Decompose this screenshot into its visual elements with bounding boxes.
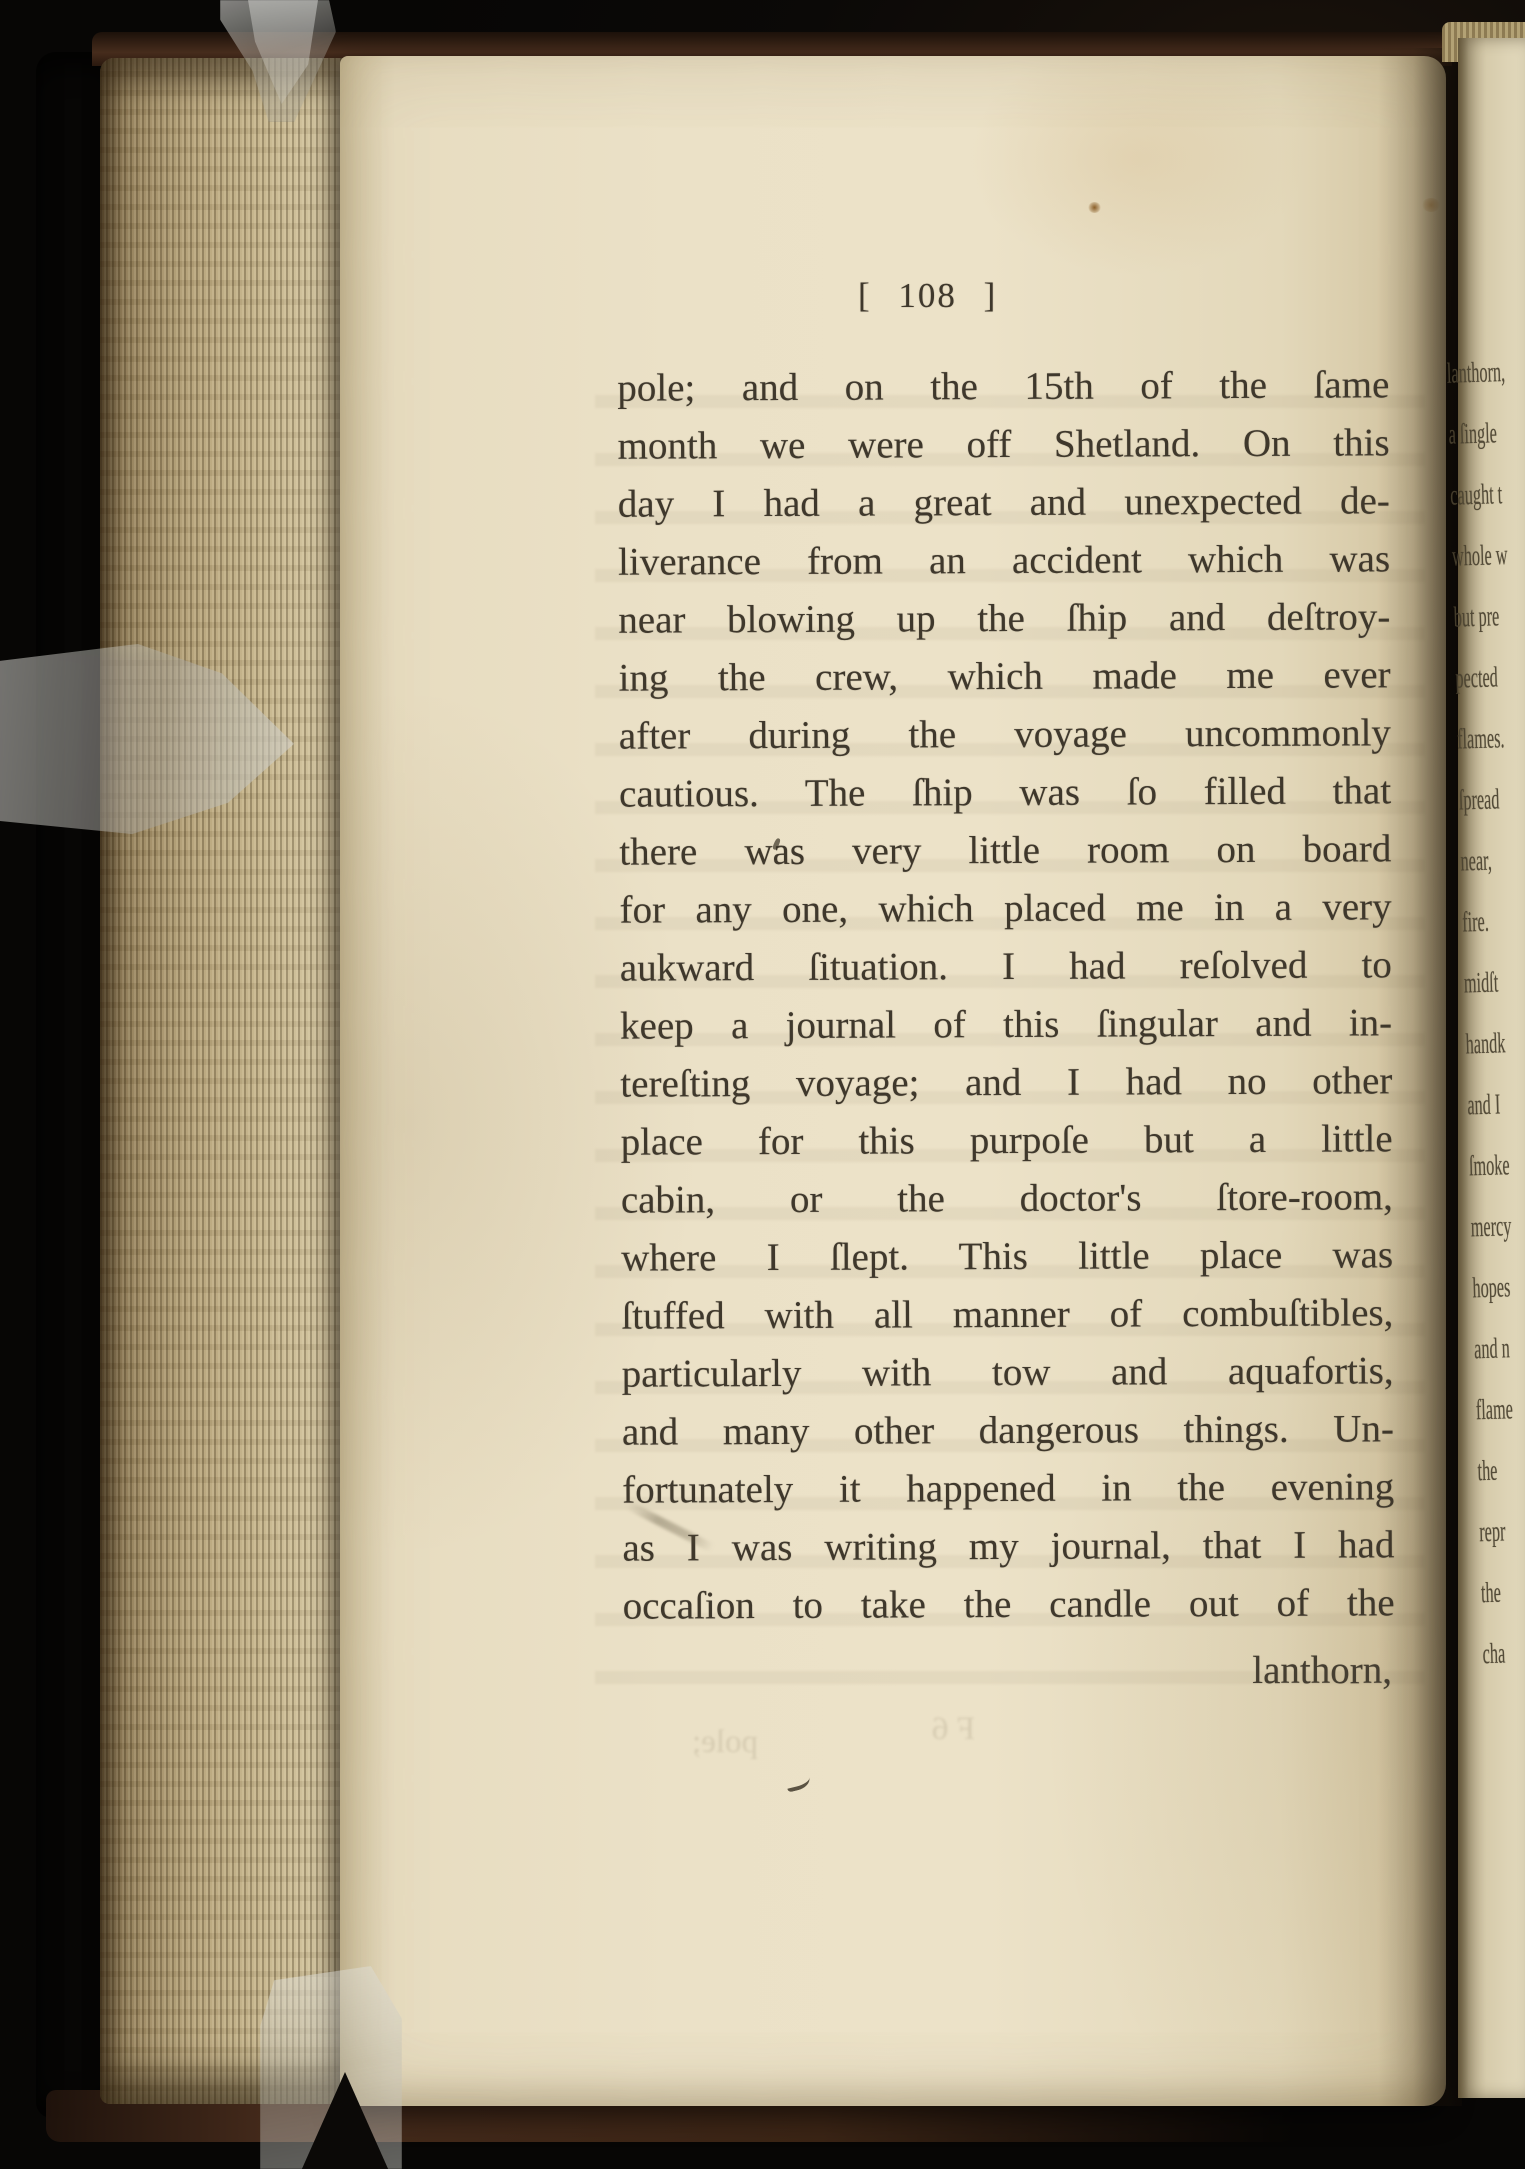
show-through-signature-mark: F 6 bbox=[932, 1711, 975, 1748]
facing-page-text-fragment: hopes bbox=[1472, 1265, 1525, 1328]
text-line: occaſion to take the candle out of the bbox=[623, 1574, 1395, 1635]
text-line: after during the voyage uncommonly bbox=[619, 704, 1391, 765]
catchword: lanthorn, bbox=[620, 1648, 1392, 1693]
text-line: place for this purpoſe but a little bbox=[621, 1110, 1393, 1171]
ink-flourish-mark bbox=[784, 1771, 811, 1792]
text-line: there was very little room on board bbox=[619, 820, 1391, 881]
text-line: cautious. The ſhip was ſo filled that bbox=[619, 762, 1391, 823]
show-through-catchword: pole; bbox=[692, 1724, 758, 1761]
book-cover-left-board bbox=[36, 52, 110, 2118]
facing-page-text-fragment: and n bbox=[1474, 1326, 1525, 1389]
facing-page-text-fragment: lanthorn, bbox=[1446, 350, 1506, 413]
facing-page-text-column: lanthorn,a ſinglecaught twhole wbut prep… bbox=[1446, 349, 1525, 1693]
facing-page-text-fragment: but pre bbox=[1453, 594, 1513, 657]
facing-page-text-fragment: the bbox=[1480, 1570, 1525, 1633]
text-line: for any one, which placed me in a very bbox=[619, 878, 1391, 939]
text-line: ing the crew, which made me ever bbox=[618, 646, 1390, 707]
text-line: ſtuffed with all manner of combuſtibles, bbox=[621, 1284, 1393, 1345]
facing-page-text-fragment: whole w bbox=[1451, 533, 1511, 596]
facing-page-text-fragment: the bbox=[1477, 1448, 1525, 1511]
facing-page-text-fragment: near, bbox=[1460, 838, 1520, 901]
text-line: tereſting voyage; and I had no other bbox=[620, 1052, 1392, 1113]
text-line: fortunately it happened in the evening bbox=[622, 1458, 1394, 1519]
facing-page-text-fragment: ſpread bbox=[1458, 777, 1518, 840]
text-line: near blowing up the ſhip and deſtroy- bbox=[618, 588, 1390, 649]
facing-page-text-fragment: flame bbox=[1475, 1387, 1525, 1450]
text-line: as I was writing my journal, that I had bbox=[622, 1516, 1394, 1577]
page-number: [ 108 ] bbox=[858, 276, 1218, 316]
facing-page-text-fragment: ſmoke bbox=[1468, 1143, 1525, 1206]
text-line: month we were off Shetland. On this bbox=[617, 414, 1389, 475]
facing-page-text-fragment: handk bbox=[1465, 1021, 1525, 1084]
book-photograph: [ 108 ] pole; and on the 15th of the ſam… bbox=[0, 0, 1525, 2169]
text-line: aukward ſituation. I had reſolved to bbox=[620, 936, 1392, 997]
text-line: liverance from an accident which was bbox=[618, 530, 1390, 591]
facing-page-text-fragment: midſt bbox=[1463, 960, 1523, 1023]
text-line: pole; and on the 15th of the ſame bbox=[617, 356, 1389, 417]
facing-page-text-fragment: and I bbox=[1467, 1082, 1525, 1145]
text-line: keep a journal of this ſingular and in- bbox=[620, 994, 1392, 1055]
stacked-page-edges bbox=[100, 58, 346, 2104]
text-line: where I ſlept. This little place was bbox=[621, 1226, 1393, 1287]
facing-page-text-fragment: pected bbox=[1455, 655, 1515, 718]
facing-page-text-fragment: cha bbox=[1482, 1631, 1525, 1694]
facing-page-text-fragment: a ſingle bbox=[1448, 411, 1508, 474]
main-text-block: pole; and on the 15th of the ſamemonth w… bbox=[617, 356, 1395, 1635]
facing-page-text-fragment: repr bbox=[1479, 1509, 1525, 1572]
foxing-spot bbox=[1088, 202, 1101, 213]
facing-page-text-fragment: flames. bbox=[1457, 716, 1517, 779]
text-line: and many other dangerous things. Un- bbox=[622, 1400, 1394, 1461]
facing-page-text-fragment: fire. bbox=[1462, 899, 1522, 962]
facing-page-strip: lanthorn,a ſinglecaught twhole wbut prep… bbox=[1458, 38, 1525, 2098]
text-line: cabin, or the doctor's ſtore-room, bbox=[621, 1168, 1393, 1229]
left-page: [ 108 ] pole; and on the 15th of the ſam… bbox=[340, 56, 1446, 2106]
facing-page-text-fragment: mercy bbox=[1470, 1204, 1525, 1267]
text-line: day I had a great and unexpected de- bbox=[618, 472, 1390, 533]
text-line: particularly with tow and aquafortis, bbox=[622, 1342, 1394, 1403]
facing-page-text-fragment: caught t bbox=[1450, 472, 1510, 535]
